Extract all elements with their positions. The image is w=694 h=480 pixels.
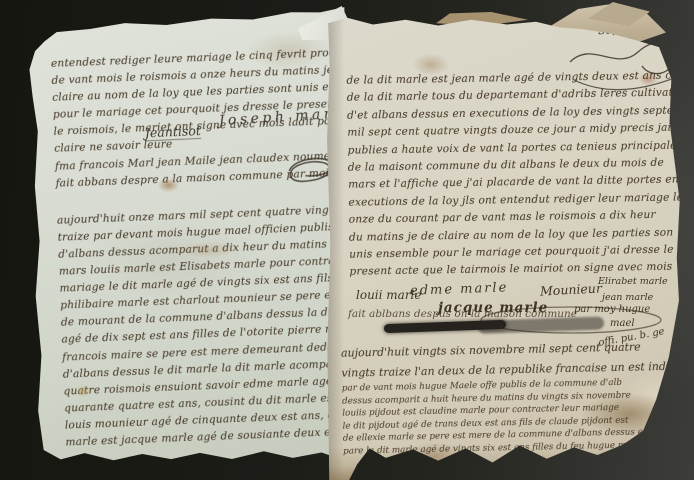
signature-jean-marle: jean marle bbox=[602, 292, 653, 303]
signature-edme-marle: edme marle bbox=[410, 280, 509, 298]
closing-mention: fait ablbans despus on la maison commune bbox=[348, 308, 577, 320]
signature-mounieur: Mounieur bbox=[540, 280, 603, 298]
right-page: Sup. et d'servi de la dit marle est jean… bbox=[326, 8, 688, 480]
right-page-paragraph-1: de la dit marle est jean marle agé de vi… bbox=[346, 67, 687, 281]
signature-mael: mael bbox=[610, 318, 635, 329]
redaction-mark bbox=[384, 320, 506, 333]
signature-par-moy-hugue: par moy hugue bbox=[574, 304, 650, 315]
signature-jeantisot: Jeantisot bbox=[145, 123, 202, 142]
right-page-paragraph-2: aujourd'huit vingts six novembre mil sep… bbox=[341, 336, 689, 458]
left-page: entendest rediger leure mariage le cinq … bbox=[26, 4, 351, 465]
left-page-text: entendest rediger leure mariage le cinq … bbox=[51, 44, 372, 452]
scanned-document-scene: entendest rediger leure mariage le cinq … bbox=[0, 0, 694, 480]
signature-elirabet-marle: Elirabet marle bbox=[598, 276, 668, 287]
